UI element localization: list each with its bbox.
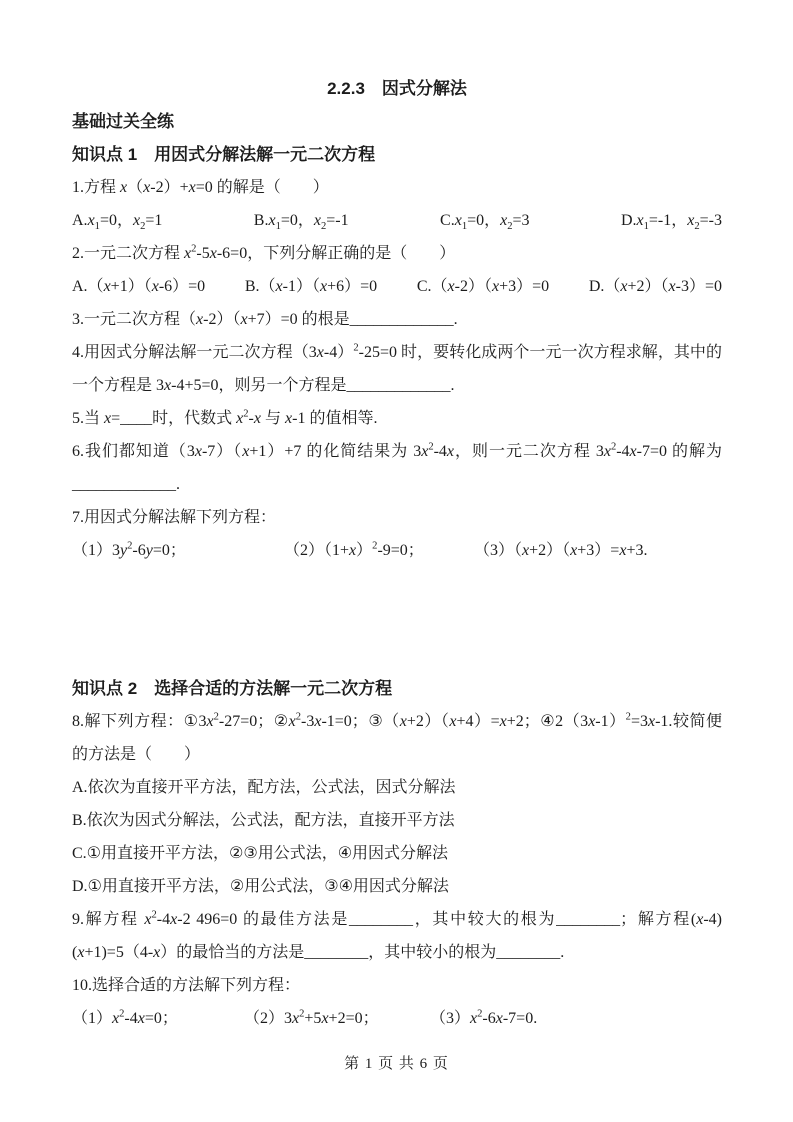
knowledge-point-1: 知识点 1用因式分解法解一元二次方程 (72, 138, 722, 171)
question-1-option-d: D.x1=-1，x2=-3 (621, 204, 722, 237)
kp1-title: 用因式分解法解一元二次方程 (154, 145, 375, 164)
question-7-part-2: （2）（1+x）2-9=0； (284, 534, 474, 567)
page-content: 2.2.3 因式分解法 基础过关全练 知识点 1用因式分解法解一元二次方程 1.… (0, 0, 793, 1035)
kp2-label: 知识点 2 (72, 679, 137, 698)
question-2-option-b: B.（x-1）（x+6）=0 (245, 270, 377, 303)
page-footer: 第 1 页 共 6 页 (0, 1048, 793, 1081)
question-1-stem: 1.方程 x（x-2）+x=0 的解是（ ） (72, 171, 722, 204)
question-4-stem: 4.用因式分解法解一元二次方程（3x-4）2-25=0 时，要转化成两个一元一次… (72, 336, 722, 402)
question-8-option-a: A.依次为直接开平方法，配方法，公式法，因式分解法 (72, 771, 722, 804)
question-1-options: A.x1=0，x2=1 B.x1=0，x2=-1 C.x1=0，x2=3 D.x… (72, 204, 722, 237)
question-9-stem: 9.解方程 x2-4x-2 496=0 的最佳方法是________，其中较大的… (72, 903, 722, 969)
question-10-part-3: （3）x2-6x-7=0. (430, 1002, 537, 1035)
question-7-parts: （1）3y2-6y=0； （2）（1+x）2-9=0； （3）（x+2）（x+3… (72, 534, 722, 567)
question-3-stem: 3.一元二次方程（x-2）（x+7）=0 的根是_____________. (72, 303, 722, 336)
question-8-stem: 8.解下列方程：①3x2-27=0；②x2-3x-1=0；③（x+2）（x+4）… (72, 705, 722, 771)
practice-header: 基础过关全练 (72, 105, 722, 138)
kp1-label: 知识点 1 (72, 145, 137, 164)
kp2-title: 选择合适的方法解一元二次方程 (154, 679, 392, 698)
question-10-stem: 10.选择合适的方法解下列方程： (72, 969, 722, 1002)
question-1-option-c: C.x1=0，x2=3 (440, 204, 530, 237)
question-6-stem: 6.我们都知道（3x-7）（x+1）+7 的化简结果为 3x2-4x，则一元二次… (72, 435, 722, 501)
question-7-stem: 7.用因式分解法解下列方程： (72, 501, 722, 534)
question-10-part-2: （2）3x2+5x+2=0； (244, 1002, 430, 1035)
question-7-part-3: （3）（x+2）（x+3）=x+3. (474, 534, 647, 567)
question-5-stem: 5.当 x=____时，代数式 x2-x 与 x-1 的值相等. (72, 402, 722, 435)
question-7-part-1: （1）3y2-6y=0； (72, 534, 284, 567)
question-2-option-a: A.（x+1）（x-6）=0 (72, 270, 205, 303)
question-10-parts: （1）x2-4x=0； （2）3x2+5x+2=0； （3）x2-6x-7=0. (72, 1002, 722, 1035)
question-8-option-b: B.依次为因式分解法，公式法，配方法，直接开平方法 (72, 804, 722, 837)
page-title: 2.2.3 因式分解法 (72, 72, 722, 105)
question-2-options: A.（x+1）（x-6）=0 B.（x-1）（x+6）=0 C.（x-2）（x+… (72, 270, 722, 303)
question-2-option-d: D.（x+2）（x-3）=0 (589, 270, 722, 303)
question-8-option-d: D.①用直接开平方法，②用公式法，③④用因式分解法 (72, 870, 722, 903)
question-1-option-a: A.x1=0，x2=1 (72, 204, 162, 237)
worksheet-page: 2.2.3 因式分解法 基础过关全练 知识点 1用因式分解法解一元二次方程 1.… (0, 0, 793, 1122)
question-8-option-c: C.①用直接开平方法，②③用公式法，④用因式分解法 (72, 837, 722, 870)
question-1-option-b: B.x1=0，x2=-1 (254, 204, 349, 237)
question-10-part-1: （1）x2-4x=0； (72, 1002, 244, 1035)
question-2-stem: 2.一元二次方程 x2-5x-6=0，下列分解正确的是（ ） (72, 237, 722, 270)
knowledge-point-2: 知识点 2选择合适的方法解一元二次方程 (72, 672, 722, 705)
question-2-option-c: C.（x-2）（x+3）=0 (417, 270, 549, 303)
